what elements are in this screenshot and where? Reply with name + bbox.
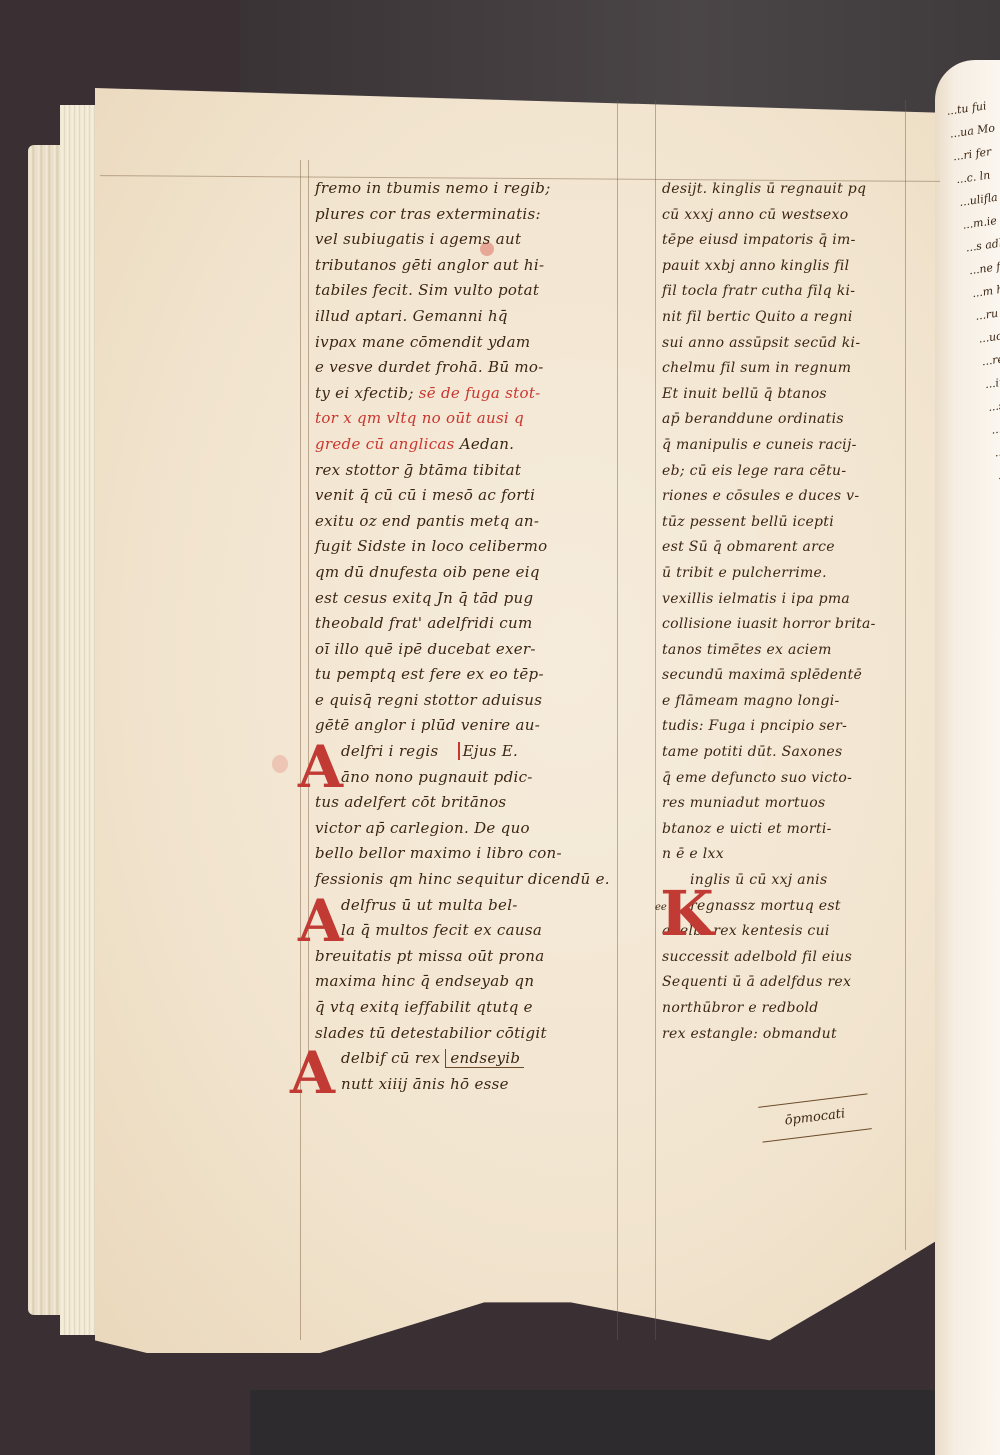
text-line: res muniadut mortuos bbox=[662, 790, 922, 816]
rubric-segment: grede cū anglicas bbox=[315, 435, 455, 453]
text-line: rex stottor ḡ btāma tibitat bbox=[315, 458, 615, 484]
text-line: est cesus exitq Jn q̄ tād pug bbox=[315, 586, 615, 612]
text-line: plures cor tras exterminatis: bbox=[315, 202, 615, 228]
text-line: gētē anglor i plūd venire au- bbox=[315, 713, 615, 739]
text-segment: delfri i regis bbox=[341, 742, 438, 760]
text-line: nutt xiiij ānis hō esse bbox=[315, 1072, 615, 1098]
text-line: oī illo quē ipē ducebat exer- bbox=[315, 637, 615, 663]
text-line: delfrus ū ut multa bel- bbox=[315, 893, 615, 919]
text-line: tēpe eiusd impatoris q̄ im- bbox=[662, 227, 922, 253]
text-line: āno nono pugnauit pdic- bbox=[315, 765, 615, 791]
text-line: fremo in tbumis nemo i regib; bbox=[315, 176, 615, 202]
background-foam-support bbox=[250, 1390, 950, 1455]
text-line: bello bellor maximo i libro con- bbox=[315, 841, 615, 867]
text-line: la q̄ multos fecit ex causa bbox=[315, 918, 615, 944]
text-line: tributanos gēti anglor aut hi- bbox=[315, 253, 615, 279]
text-line: vexillis ielmatis i ipa pma bbox=[662, 586, 922, 612]
text-line: ivpax mane cōmendit ydam bbox=[315, 330, 615, 356]
text-line: q̄ vtq exitq ieffabilit qtutq e bbox=[315, 995, 615, 1021]
decorated-initial: K bbox=[660, 885, 714, 943]
text-line: tudis: Fuga i pncipio ser- bbox=[662, 713, 922, 739]
text-line: e flāmeam magno longi- bbox=[662, 688, 922, 714]
text-segment: ty ei xfectib; bbox=[315, 384, 414, 402]
text-line-mixed: delbif cū rex endseyib bbox=[315, 1046, 615, 1072]
text-line: exitu oz end pantis metq an- bbox=[315, 509, 615, 535]
text-line: victor ap̄ carlegion. De quo bbox=[315, 816, 615, 842]
rubric-marker: Ejus E. bbox=[458, 742, 519, 760]
text-line: qm dū dnufesta oib pene eiq bbox=[315, 560, 615, 586]
text-line-mixed: ty ei xfectib; sē de fuga stot- bbox=[315, 381, 615, 407]
text-line: q̄ eme defuncto suo victo- bbox=[662, 765, 922, 791]
text-line: tame potiti dūt. Saxones bbox=[662, 739, 922, 765]
text-line-mixed: grede cū anglicas Aedan. bbox=[315, 432, 615, 458]
text-line: theobald frat' adelfridi cum bbox=[315, 611, 615, 637]
text-line: northūbror e redbold bbox=[662, 995, 922, 1021]
text-line: tanos timētes ex aciem bbox=[662, 637, 922, 663]
margin-note: ee bbox=[655, 902, 667, 913]
boxed-catch-text: endseyib bbox=[445, 1049, 524, 1068]
text-line: btanoz e uicti et morti- bbox=[662, 816, 922, 842]
text-line: collisione iuasit horror brita- bbox=[662, 611, 922, 637]
text-line: illud aptari. Gemanni hq̄ bbox=[315, 304, 615, 330]
text-line: e quisq̄ regni stottor aduisus bbox=[315, 688, 615, 714]
text-line: venit q̄ cū cū i mesō ac forti bbox=[315, 483, 615, 509]
text-line-mixed: delfri i regis Ejus E. bbox=[315, 739, 615, 765]
text-line: chelmu fil sum in regnum bbox=[662, 355, 922, 381]
text-line: sui anno assūpsit secūd ki- bbox=[662, 330, 922, 356]
text-line: cū xxxj anno cū westsexo bbox=[662, 202, 922, 228]
text-line: maxima hinc q̄ endseyab qn bbox=[315, 969, 615, 995]
text-line: Sequenti ū ā adelfdus rex bbox=[662, 969, 922, 995]
decorated-initial: A bbox=[298, 892, 343, 950]
text-line: ap̄ beranddune ordinatis bbox=[662, 406, 922, 432]
text-line: est Sū q̄ obmarent arce bbox=[662, 534, 922, 560]
text-line: secundū maximā splēdentē bbox=[662, 662, 922, 688]
text-line: rex estangle: obmandut bbox=[662, 1021, 922, 1047]
rubric-line: tor x qm vltq no oūt ausi q bbox=[315, 406, 615, 432]
text-segment: Aedan. bbox=[460, 435, 514, 453]
text-line: tus adelfert cōt britānos bbox=[315, 790, 615, 816]
text-segment: delbif cū rex bbox=[341, 1049, 440, 1067]
decorated-initial: A bbox=[290, 1044, 335, 1102]
text-line: fil tocla fratr cutha filq ki- bbox=[662, 278, 922, 304]
decorated-initial: A bbox=[298, 738, 343, 796]
text-line: riones e cōsules e duces v- bbox=[662, 483, 922, 509]
text-line: n ē e lxx bbox=[662, 841, 922, 867]
left-text-column: fremo in tbumis nemo i regib; plures cor… bbox=[315, 176, 615, 1097]
ruling-mid-right bbox=[655, 100, 656, 1340]
text-line: tu pemptq est fere ex eo tēp- bbox=[315, 662, 615, 688]
text-line: tabiles fecit. Sim vulto potat bbox=[315, 278, 615, 304]
text-line: fessionis qm hinc sequitur dicendū e. bbox=[315, 867, 615, 893]
ruling-mid-left bbox=[617, 100, 618, 1340]
text-line: q̄ manipulis e cuneis racij- bbox=[662, 432, 922, 458]
text-line: breuitatis pt missa oūt prona bbox=[315, 944, 615, 970]
text-line: nit fil bertic Quito a regni bbox=[662, 304, 922, 330]
text-line: eb; cū eis lege rara cētu- bbox=[662, 458, 922, 484]
text-line: ū tribit e pulcherrime. bbox=[662, 560, 922, 586]
text-line: desijt. kinglis ū regnauit pq bbox=[662, 176, 922, 202]
rubric-segment: sē de fuga stot- bbox=[419, 384, 541, 402]
text-line: slades tū detestabilior cōtigit bbox=[315, 1021, 615, 1047]
text-line: Et inuit bellū q̄ btanos bbox=[662, 381, 922, 407]
text-line: fugit Sidste in loco celibermo bbox=[315, 534, 615, 560]
text-line: e vesve durdet frohā. Bū mo- bbox=[315, 355, 615, 381]
text-line: vel subiugatis i agems aut bbox=[315, 227, 615, 253]
text-line: tūz pessent bellū icepti bbox=[662, 509, 922, 535]
red-stain-margin bbox=[272, 755, 288, 773]
text-line: pauit xxbj anno kinglis fil bbox=[662, 253, 922, 279]
